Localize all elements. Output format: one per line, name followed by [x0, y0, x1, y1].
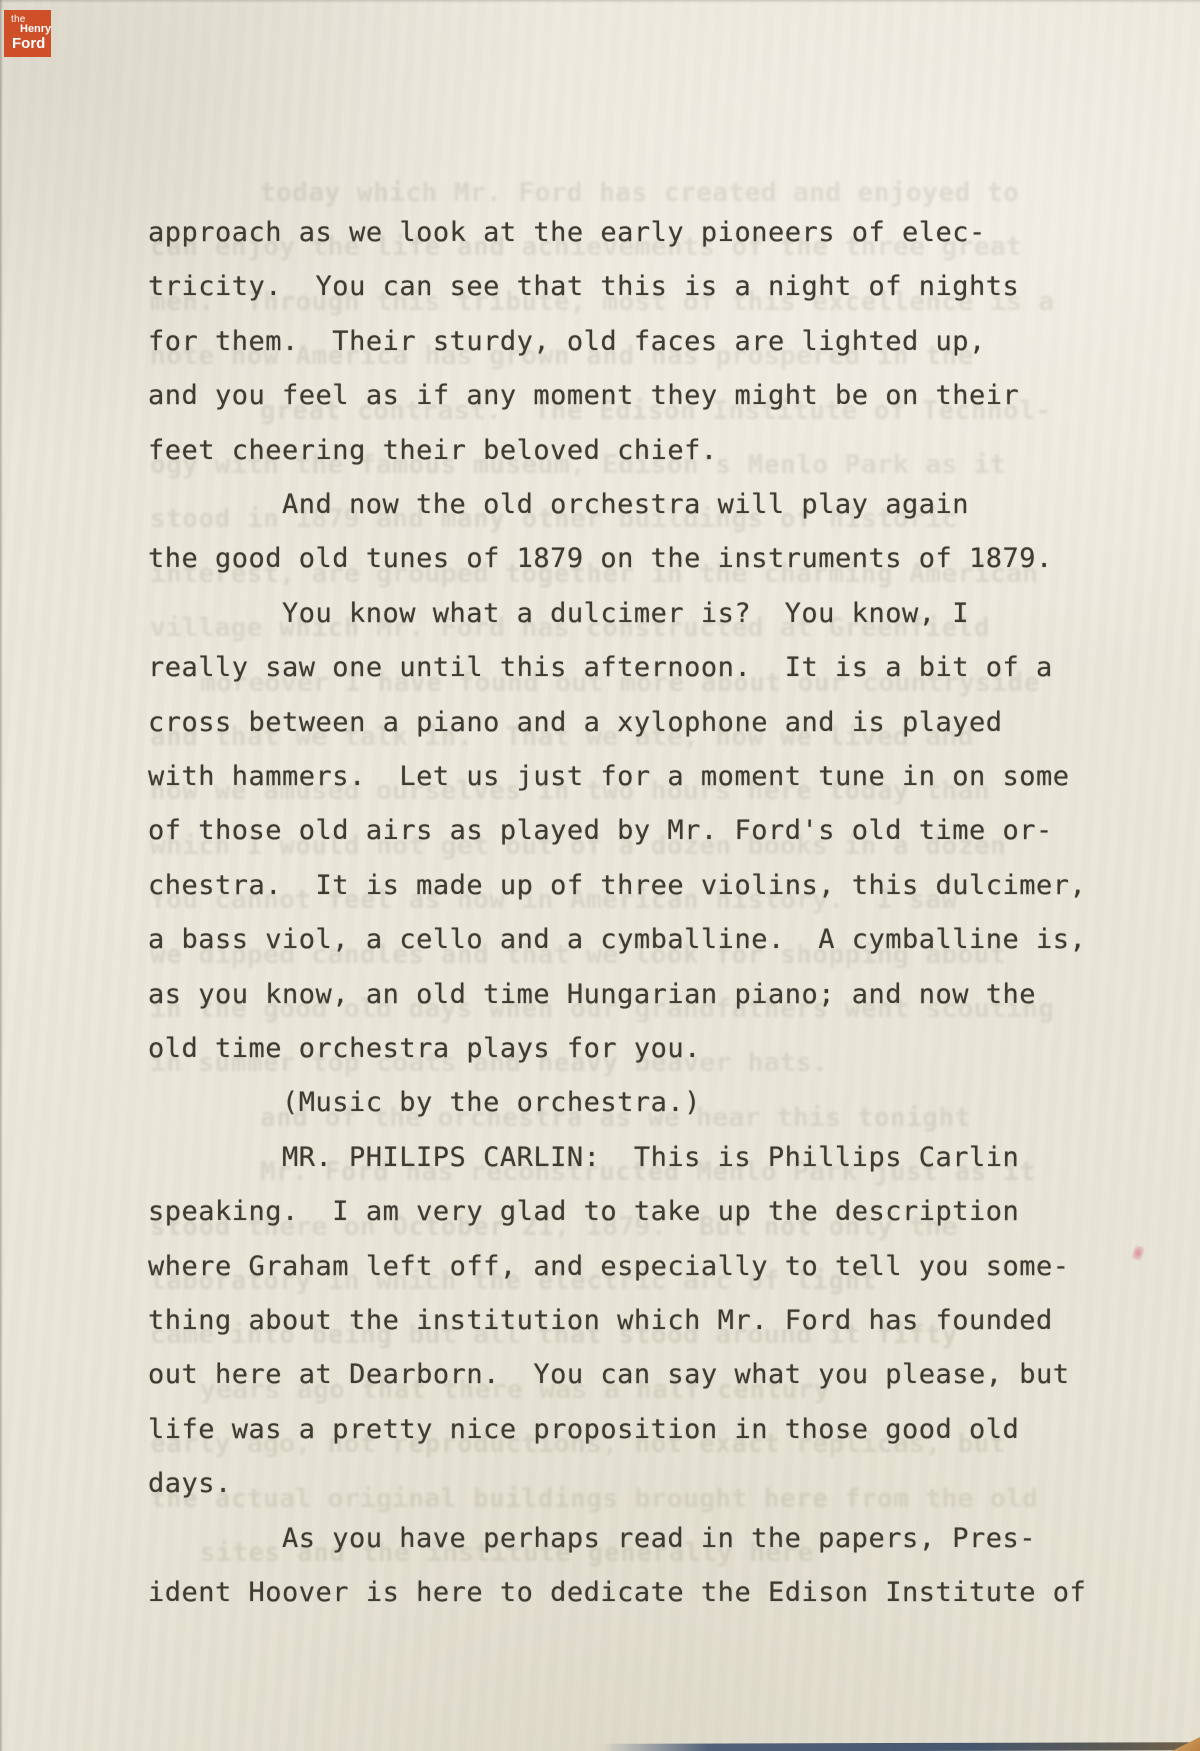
scan-edge-bottom	[600, 1742, 1200, 1751]
scan-edge-top	[0, 0, 1200, 3]
typed-line: and you feel as if any moment they might…	[148, 368, 1019, 423]
typed-line: life was a pretty nice proposition in th…	[148, 1402, 1019, 1457]
typed-line: the good old tunes of 1879 on the instru…	[148, 531, 1053, 586]
typed-line: speaking. I am very glad to take up the …	[148, 1184, 1019, 1239]
logo-text-henry: Henry	[20, 24, 51, 35]
typed-line: as you know, an old time Hungarian piano…	[148, 967, 1036, 1022]
typed-line: days.	[148, 1456, 232, 1511]
typed-line: of those old airs as played by Mr. Ford'…	[148, 803, 1053, 858]
typed-line: As you have perhaps read in the papers, …	[148, 1511, 1036, 1566]
typed-line: approach as we look at the early pioneer…	[148, 205, 986, 260]
henry-ford-logo: the Henry Ford	[4, 10, 51, 57]
typed-line: for them. Their sturdy, old faces are li…	[148, 314, 986, 369]
typed-line: You know what a dulcimer is? You know, I	[148, 586, 969, 641]
scan-edge-left	[0, 0, 3, 1751]
bleed-through-line: today which Mr. Ford has created and enj…	[260, 178, 1019, 208]
typed-line: thing about the institution which Mr. Fo…	[148, 1293, 1053, 1348]
typed-line: where Graham left off, and especially to…	[148, 1239, 1070, 1294]
typed-line: (Music by the orchestra.)	[148, 1075, 701, 1130]
bleed-through-line: the actual original buildings brought he…	[150, 1484, 1038, 1514]
typed-line: really saw one until this afternoon. It …	[148, 640, 1053, 695]
typed-line: And now the old orchestra will play agai…	[148, 477, 969, 532]
typed-line: tricity. You can see that this is a nigh…	[148, 259, 1019, 314]
typed-line: MR. PHILIPS CARLIN: This is Phillips Car…	[148, 1130, 1019, 1185]
typed-line: with hammers. Let us just for a moment t…	[148, 749, 1070, 804]
typed-line: feet cheering their beloved chief.	[148, 423, 718, 478]
typed-line: old time orchestra plays for you.	[148, 1021, 701, 1076]
typed-line: out here at Dearborn. You can say what y…	[148, 1347, 1070, 1402]
logo-text-ford: Ford	[12, 36, 45, 51]
typed-line: ident Hoover is here to dedicate the Edi…	[148, 1565, 1086, 1620]
typed-line: a bass viol, a cello and a cymballine. A…	[148, 912, 1086, 967]
typed-line: cross between a piano and a xylophone an…	[148, 695, 1003, 750]
typed-line: chestra. It is made up of three violins,…	[148, 858, 1086, 913]
